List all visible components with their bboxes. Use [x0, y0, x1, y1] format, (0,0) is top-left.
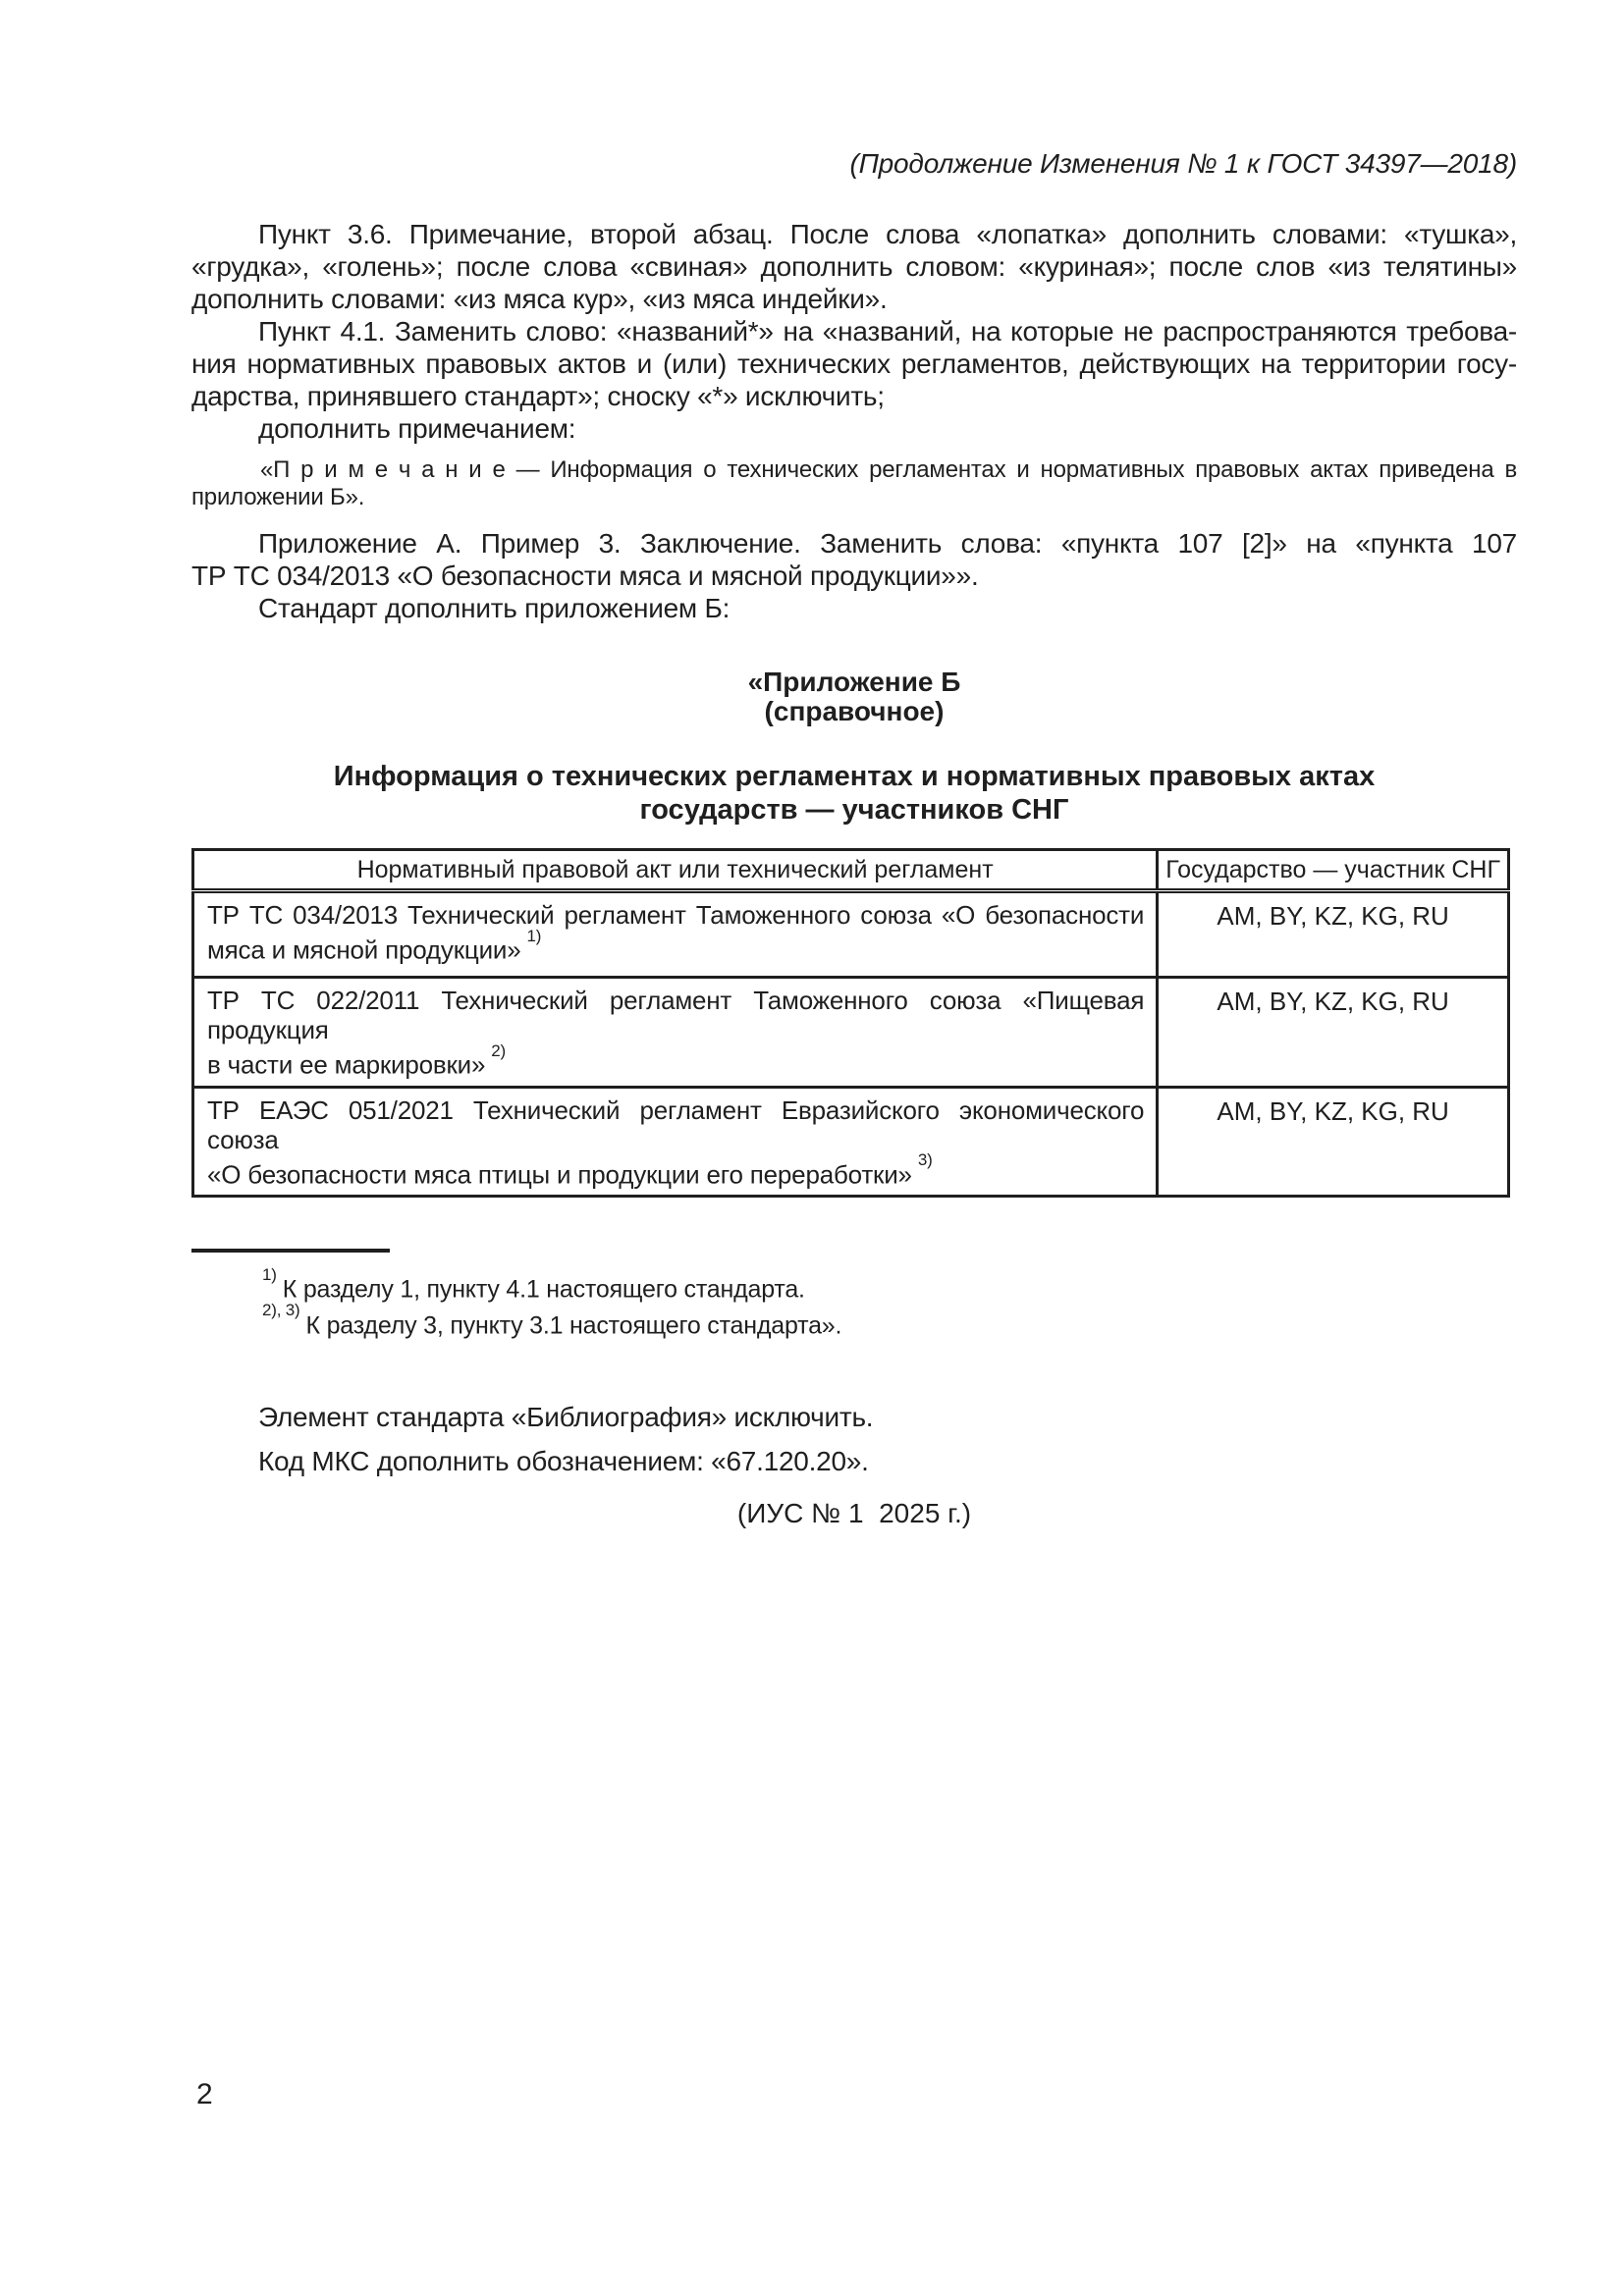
- appendix-subheading: (справочное): [191, 697, 1517, 726]
- paragraph-prilozhenie-a: Приложение А. Пример 3. Заключение. Заме…: [191, 527, 1517, 592]
- text-line: дарства, принявшего стандарт»; сноску «*…: [191, 380, 1517, 412]
- regulation-text: мяса и мясной продукции»: [207, 935, 520, 965]
- document-content: (Продолжение Изменения № 1 к ГОСТ 34397—…: [191, 147, 1517, 1529]
- appendix-title: Информация о технических регламентах и н…: [191, 760, 1517, 827]
- regulation-cell: ТР ТС 034/2013 Технический регламент Там…: [193, 891, 1158, 978]
- regulations-table: Нормативный правовой акт или технический…: [191, 848, 1510, 1198]
- footnote: 2), 3)К разделу 3, пункту 3.1 настоящего…: [191, 1305, 1517, 1340]
- appendix-title-line-1: Информация о технических регламентах и н…: [191, 760, 1517, 793]
- text-line: Пункт 3.6. Примечание, второй абзац. Пос…: [191, 218, 1517, 250]
- text-line: ТР ТС 022/2011 Технический регламент Там…: [207, 986, 1144, 1044]
- ius-issue-note: (ИУС № 1 2025 г.): [191, 1497, 1517, 1529]
- footnote: 1)К разделу 1, пункту 4.1 настоящего ста…: [191, 1268, 1517, 1304]
- appendix-title-line-2: государств — участников СНГ: [191, 793, 1517, 827]
- text-line: мяса и мясной продукции»1): [207, 930, 1144, 965]
- text-line: Пункт 4.1. Заменить слово: «названий*» н…: [191, 315, 1517, 347]
- footnote-separator: [191, 1249, 390, 1253]
- regulation-text: «О безопасности мяса птицы и продукции е…: [207, 1159, 912, 1189]
- column-header-country: Государство — участник СНГ: [1158, 850, 1509, 891]
- regulation-cell: ТР ТС 022/2011 Технический регламент Там…: [193, 978, 1158, 1088]
- country-cell: AM, BY, KZ, KG, RU: [1158, 1087, 1509, 1197]
- paragraph-add-note: дополнить примечанием:: [191, 412, 1517, 445]
- text-line: «П р и м е ч а н и е — Информация о техн…: [191, 456, 1517, 484]
- paragraph-mks-code: Код МКС дополнить обозначением: «67.120.…: [191, 1445, 1517, 1477]
- footnote-text: К разделу 1, пункту 4.1 настоящего станд…: [283, 1276, 805, 1304]
- footnote-marker: 1): [526, 927, 541, 945]
- page-number: 2: [196, 2078, 213, 2110]
- regulation-cell: ТР ЕАЭС 051/2021 Технический регламент Е…: [193, 1087, 1158, 1197]
- note-paragraph: «П р и м е ч а н и е — Информация о техн…: [191, 456, 1517, 511]
- paragraph-punkt-3-6: Пункт 3.6. Примечание, второй абзац. Пос…: [191, 218, 1517, 315]
- column-header-regulation: Нормативный правовой акт или технический…: [193, 850, 1158, 891]
- table-row: ТР ТС 034/2013 Технический регламент Там…: [193, 891, 1509, 978]
- paragraph-punkt-4-1: Пункт 4.1. Заменить слово: «названий*» н…: [191, 315, 1517, 412]
- text-line: «грудка», «голень»; после слова «свиная»…: [191, 250, 1517, 283]
- table-row: ТР ТС 022/2011 Технический регламент Там…: [193, 978, 1509, 1088]
- document-page: (Продолжение Изменения № 1 к ГОСТ 34397—…: [0, 0, 1624, 2296]
- text-line: приложении Б».: [191, 484, 1517, 511]
- text-line: «О безопасности мяса птицы и продукции е…: [207, 1154, 1144, 1190]
- table-header-row: Нормативный правовой акт или технический…: [193, 850, 1509, 891]
- footnote-marker: 3): [918, 1150, 933, 1169]
- footnote-marker: 2): [491, 1041, 506, 1060]
- text-line: Приложение А. Пример 3. Заключение. Заме…: [191, 527, 1517, 560]
- footnote-marker: 1): [262, 1265, 277, 1284]
- country-cell: AM, BY, KZ, KG, RU: [1158, 978, 1509, 1088]
- text-line: дополнить словами: «из мяса кур», «из мя…: [191, 283, 1517, 315]
- appendix-heading: «Приложение Б: [191, 667, 1517, 697]
- text-line: Стандарт дополнить приложением Б:: [191, 592, 1517, 624]
- continuation-header: (Продолжение Изменения № 1 к ГОСТ 34397—…: [191, 147, 1517, 180]
- footnote-text: К разделу 3, пункту 3.1 настоящего станд…: [305, 1311, 841, 1339]
- regulation-text: в части ее маркировки»: [207, 1050, 485, 1080]
- country-cell: AM, BY, KZ, KG, RU: [1158, 891, 1509, 978]
- text-line: ТР ЕАЭС 051/2021 Технический регламент Е…: [207, 1095, 1144, 1154]
- text-line: дополнить примечанием:: [191, 412, 1517, 445]
- paragraph-standard-supplement: Стандарт дополнить приложением Б:: [191, 592, 1517, 624]
- text-line: в части ее маркировки»2): [207, 1044, 1144, 1080]
- text-line: ния нормативных правовых актов и (или) т…: [191, 347, 1517, 380]
- footnote-marker: 2), 3): [262, 1301, 299, 1319]
- text-line: ТР ТС 034/2013 Технический регламент Там…: [207, 900, 1144, 930]
- paragraph-bibliography: Элемент стандарта «Библиография» исключи…: [191, 1401, 1517, 1433]
- table-row: ТР ЕАЭС 051/2021 Технический регламент Е…: [193, 1087, 1509, 1197]
- text-line: Элемент стандарта «Библиография» исключи…: [191, 1401, 1517, 1433]
- text-line: ТР ТС 034/2013 «О безопасности мяса и мя…: [191, 560, 1517, 592]
- text-line: Код МКС дополнить обозначением: «67.120.…: [191, 1445, 1517, 1477]
